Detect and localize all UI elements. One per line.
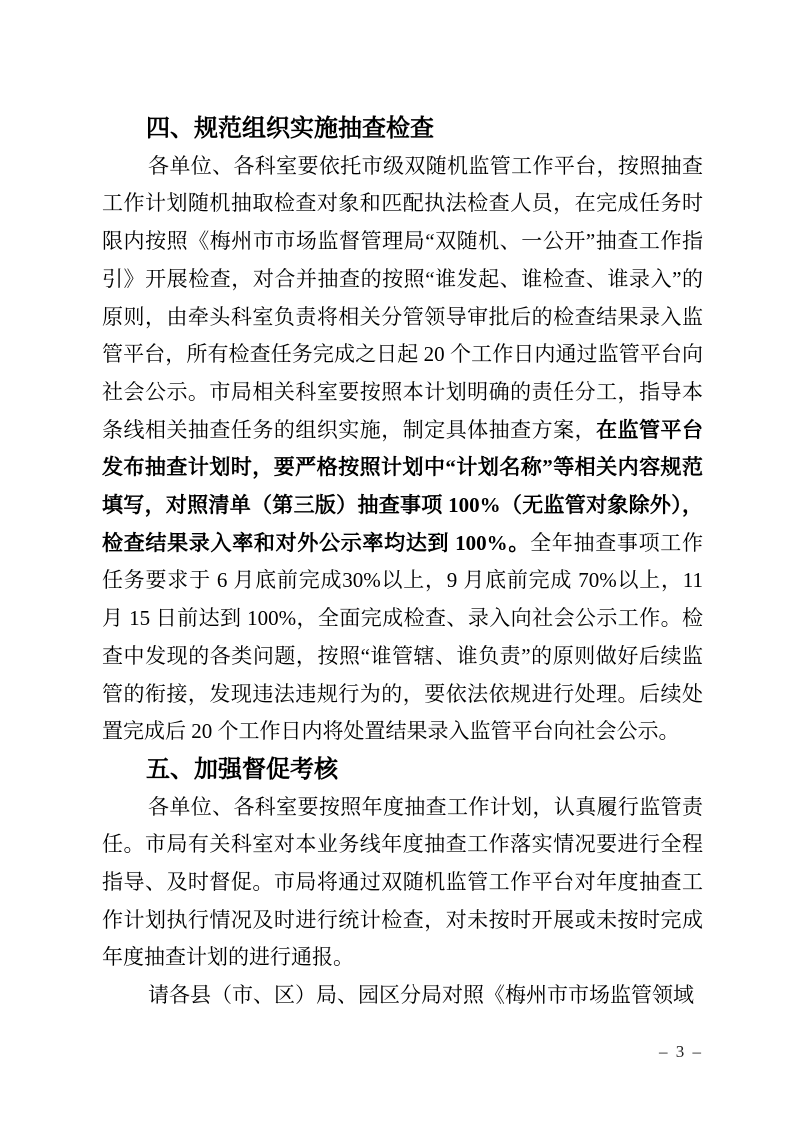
section-heading: 五、加强督促考核	[102, 751, 703, 789]
text-run: 全年抽查事项工作任务要求于 6 月底前完成30%以上，9 月底前完成 70%以上…	[102, 531, 703, 744]
text-run: 各单位、各科室要按照年度抽查工作计划，认真履行监管责任。市局有关科室对本业务线年…	[102, 795, 703, 970]
paragraph: 各单位、各科室要按照年度抽查工作计划，认真履行监管责任。市局有关科室对本业务线年…	[102, 789, 703, 978]
document-body: 四、规范组织实施抽查检查各单位、各科室要依托市级双随机监管工作平台，按照抽查工作…	[102, 110, 703, 1015]
paragraph: 请各县（市、区）局、园区分局对照《梅州市市场监管领域	[102, 977, 703, 1015]
page-number: – 3 –	[659, 1042, 703, 1061]
text-run: 各单位、各科室要依托市级双随机监管工作平台，按照抽查工作计划随机抽取检查对象和匹…	[102, 154, 703, 442]
document-page: 四、规范组织实施抽查检查各单位、各科室要依托市级双随机监管工作平台，按照抽查工作…	[0, 0, 793, 1122]
section-heading: 四、规范组织实施抽查检查	[102, 110, 703, 148]
page-footer: – 3 –	[659, 1042, 703, 1062]
paragraph: 各单位、各科室要依托市级双随机监管工作平台，按照抽查工作计划随机抽取检查对象和匹…	[102, 148, 703, 751]
text-run: 请各县（市、区）局、园区分局对照《梅州市市场监管领域	[148, 983, 694, 1007]
